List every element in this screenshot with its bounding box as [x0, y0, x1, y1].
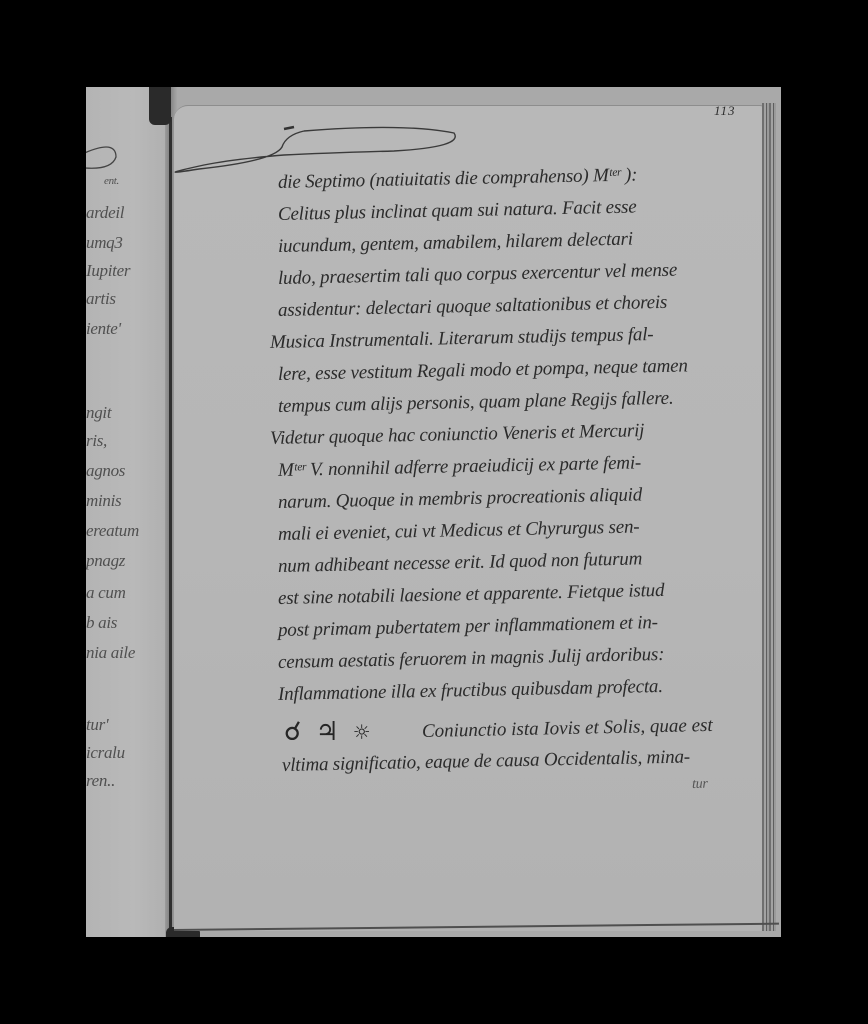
manuscript-scan: ent. ardeil umq3 Iupiter artis iente' ng… — [86, 87, 781, 937]
left-fragment-line: artis — [86, 289, 116, 309]
conjunction-icon: ☌ — [284, 717, 301, 747]
left-fragment-line: minis — [86, 491, 121, 511]
left-fragment-line: ardeil — [86, 203, 124, 223]
left-fragment-line: Iupiter — [86, 261, 130, 281]
jupiter-icon: ♃ — [315, 717, 338, 747]
sun-icon: ☼ — [353, 720, 371, 744]
left-fragment-line: ent. — [104, 175, 119, 187]
left-fragment-line: ren.. — [86, 771, 115, 791]
folio-number: 113 — [714, 103, 736, 119]
left-fragment-line: pnagz — [86, 551, 125, 571]
left-fragment-line: agnos — [86, 461, 125, 481]
left-page-fragment: ent. ardeil umq3 Iupiter artis iente' ng… — [86, 87, 166, 937]
left-fragment-line: ereatum — [86, 521, 139, 541]
right-page — [174, 105, 764, 931]
section-line: tur — [692, 777, 708, 793]
astrological-symbols: ☌ ♃ ☼ — [284, 717, 371, 747]
left-fragment-line: ris, — [86, 431, 107, 451]
left-fragment-line: b ais — [86, 613, 117, 633]
page-edge-stack — [762, 103, 776, 931]
left-fragment-line: tur' — [86, 715, 108, 735]
left-flourish-icon — [86, 127, 156, 187]
left-fragment-line: iente' — [86, 319, 121, 339]
left-fragment-line: a cum — [86, 583, 126, 603]
left-fragment-line: umq3 — [86, 233, 123, 253]
left-fragment-line: icralu — [86, 743, 125, 763]
spine-line — [169, 117, 172, 932]
left-fragment-line: ngit — [86, 403, 111, 423]
left-fragment-line: nia aile — [86, 643, 135, 663]
